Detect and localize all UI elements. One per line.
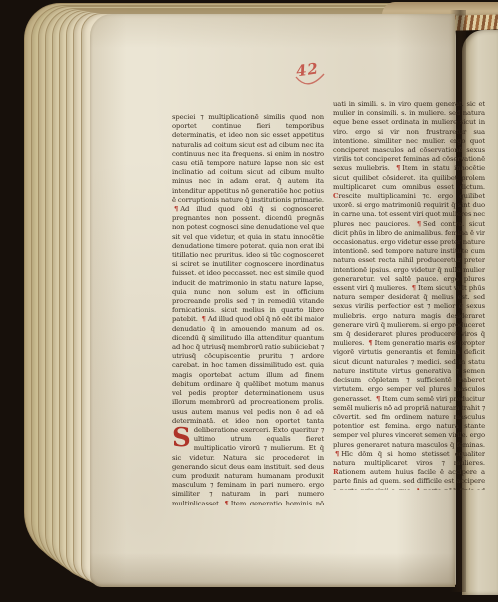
pilcrow-mark: ¶ <box>333 450 341 458</box>
text-segment: uati in simili. s. in viro quem generat.… <box>333 100 485 172</box>
text-segment: Ad illud quod obī q̄ nō eēt ibi maior de… <box>172 315 324 433</box>
text-segment: Exto queritur ⁊ ultimo utrum equalis fie… <box>172 426 324 505</box>
main-page: 42 speciei ⁊ multiplicationē similis quo… <box>90 14 455 587</box>
pilcrow-mark: ¶ <box>415 220 423 228</box>
folio-flourish-icon <box>294 72 328 90</box>
pilcrow-mark: ¶ <box>410 284 418 292</box>
pilcrow-mark: ¶ <box>172 205 180 213</box>
book-photograph: 42 speciei ⁊ multiplicationē similis quo… <box>0 0 498 602</box>
text-segment: Hīc dōm q̄ si homo stetisset equaliter n… <box>333 450 485 467</box>
pilcrow-mark: ¶ <box>222 500 230 505</box>
text-segment: Sed contra. sicut dicit phūs in libro de… <box>333 220 485 292</box>
pilcrow-mark: ¶ <box>374 395 382 403</box>
folio-number: 42 <box>296 60 330 90</box>
pilcrow-mark: ¶ <box>366 339 374 347</box>
pilcrow-mark: ¶ <box>200 315 208 323</box>
rubricated-initial: S <box>172 426 194 450</box>
text-segment: Item generatio maris est propter vigorē … <box>333 339 485 402</box>
text-column-right: uati in simili. s. in viro quem generat.… <box>333 100 485 490</box>
text-segment: speciei ⁊ multiplicationē similis quod n… <box>172 113 324 204</box>
text-block: speciei ⁊ multiplicationē similis quod n… <box>172 107 486 505</box>
text-column-left: speciei ⁊ multiplicationē similis quod n… <box>172 107 324 505</box>
text-segment: Item sicut vult phūs natura semper desid… <box>333 284 485 347</box>
text-segment: Ad illud quod obī q̄ si cognosceret preg… <box>172 205 324 323</box>
